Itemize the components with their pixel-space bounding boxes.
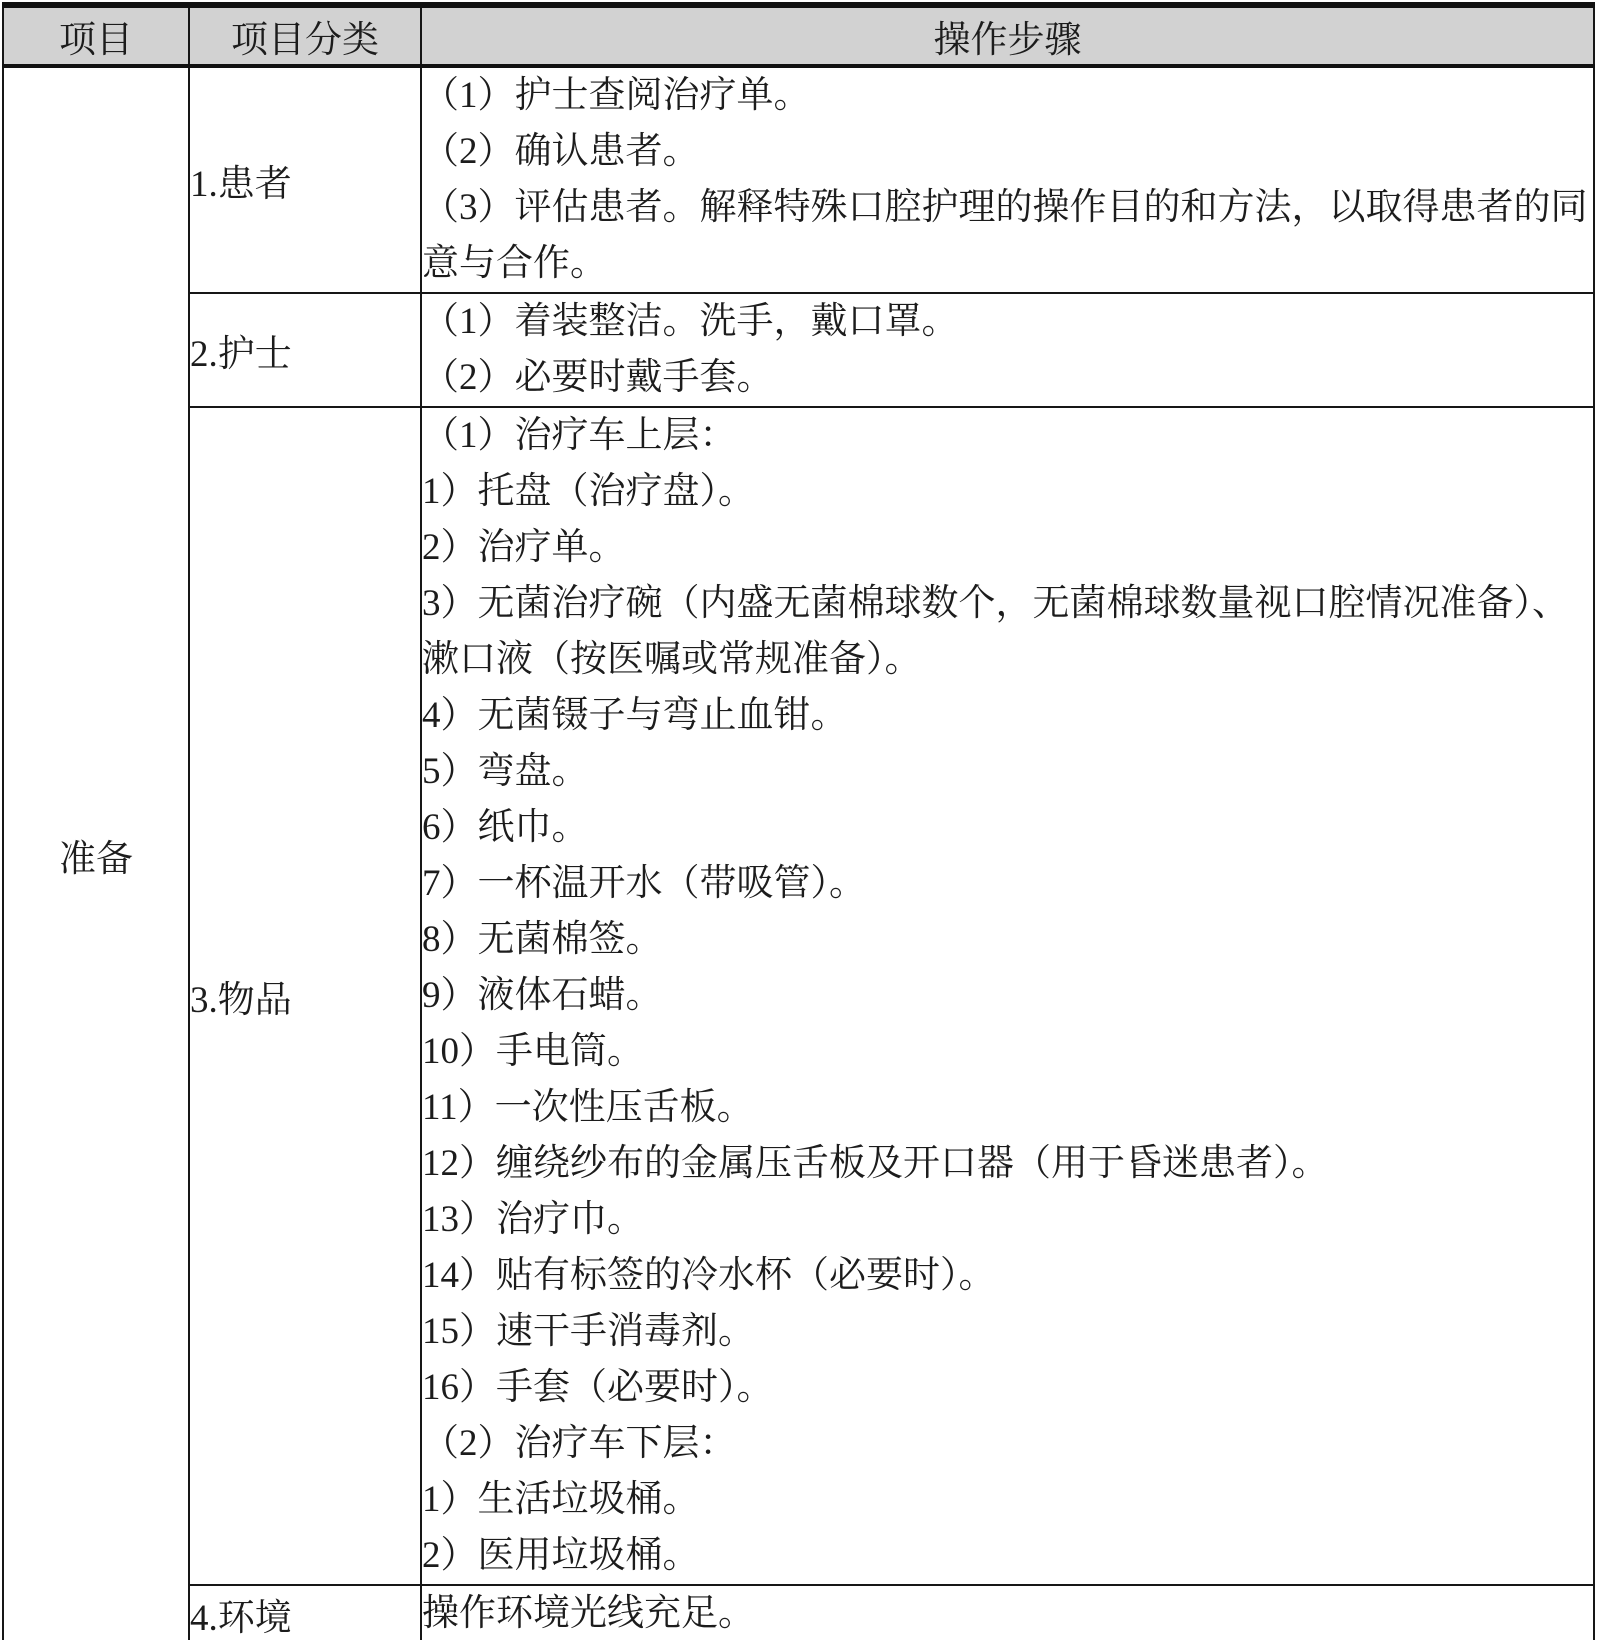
col-header-item: 项目	[3, 5, 189, 66]
step-line: 8）无菌棉签。	[422, 912, 1593, 968]
document-page: 项目 项目分类 操作步骤 准备 1.患者 （1）护士查阅治疗单。（2）确认患者。…	[0, 0, 1597, 1640]
category-cell-items: 3.物品	[189, 407, 421, 1585]
step-line: （2）必要时戴手套。	[422, 350, 1593, 406]
step-line: 1）生活垃圾桶。	[422, 1472, 1593, 1528]
steps-cell-environment: 操作环境光线充足。	[421, 1585, 1594, 1640]
step-line: 15）速干手消毒剂。	[422, 1304, 1593, 1360]
step-line: （3）评估患者。解释特殊口腔护理的操作目的和方法，以取得患者的同意与合作。	[422, 180, 1593, 292]
step-line: 2）治疗单。	[422, 520, 1593, 576]
step-line: 12）缠绕纱布的金属压舌板及开口器（用于昏迷患者）。	[422, 1136, 1593, 1192]
procedure-table: 项目 项目分类 操作步骤 准备 1.患者 （1）护士查阅治疗单。（2）确认患者。…	[2, 2, 1595, 1640]
step-line: （2）治疗车下层：	[422, 1416, 1593, 1472]
step-line: 6）纸巾。	[422, 800, 1593, 856]
step-line: 11）一次性压舌板。	[422, 1080, 1593, 1136]
step-line: 3）无菌治疗碗（内盛无菌棉球数个，无菌棉球数量视口腔情况准备）、漱口液（按医嘱或…	[422, 576, 1593, 688]
table-row-nurse: 2.护士 （1）着装整洁。洗手，戴口罩。（2）必要时戴手套。	[3, 293, 1594, 407]
step-line: 7）一杯温开水（带吸管）。	[422, 856, 1593, 912]
step-line: （1）着装整洁。洗手，戴口罩。	[422, 294, 1593, 350]
step-line: 16）手套（必要时）。	[422, 1360, 1593, 1416]
step-line: 10）手电筒。	[422, 1024, 1593, 1080]
step-line: 2）医用垃圾桶。	[422, 1528, 1593, 1584]
step-line: 5）弯盘。	[422, 744, 1593, 800]
category-cell-patient: 1.患者	[189, 66, 421, 293]
table-row-environment: 4.环境 操作环境光线充足。	[3, 1585, 1594, 1640]
steps-cell-items: （1）治疗车上层：1）托盘（治疗盘）。2）治疗单。3）无菌治疗碗（内盛无菌棉球数…	[421, 407, 1594, 1585]
table-row-patient: 准备 1.患者 （1）护士查阅治疗单。（2）确认患者。（3）评估患者。解释特殊口…	[3, 66, 1594, 293]
col-header-steps: 操作步骤	[421, 5, 1594, 66]
step-line: 4）无菌镊子与弯止血钳。	[422, 688, 1593, 744]
item-cell-prepare: 准备	[3, 66, 189, 1640]
step-line: 操作环境光线充足。	[422, 1586, 1593, 1640]
steps-cell-nurse: （1）着装整洁。洗手，戴口罩。（2）必要时戴手套。	[421, 293, 1594, 407]
category-cell-nurse: 2.护士	[189, 293, 421, 407]
step-line: （1）治疗车上层：	[422, 408, 1593, 464]
header-row: 项目 项目分类 操作步骤	[3, 5, 1594, 66]
table-row-items: 3.物品 （1）治疗车上层：1）托盘（治疗盘）。2）治疗单。3）无菌治疗碗（内盛…	[3, 407, 1594, 1585]
step-line: 14）贴有标签的冷水杯（必要时）。	[422, 1248, 1593, 1304]
step-line: （1）护士查阅治疗单。	[422, 68, 1593, 124]
steps-cell-patient: （1）护士查阅治疗单。（2）确认患者。（3）评估患者。解释特殊口腔护理的操作目的…	[421, 66, 1594, 293]
step-line: 13）治疗巾。	[422, 1192, 1593, 1248]
category-cell-environment: 4.环境	[189, 1585, 421, 1640]
step-line: 9）液体石蜡。	[422, 968, 1593, 1024]
col-header-category: 项目分类	[189, 5, 421, 66]
step-line: （2）确认患者。	[422, 124, 1593, 180]
step-line: 1）托盘（治疗盘）。	[422, 464, 1593, 520]
